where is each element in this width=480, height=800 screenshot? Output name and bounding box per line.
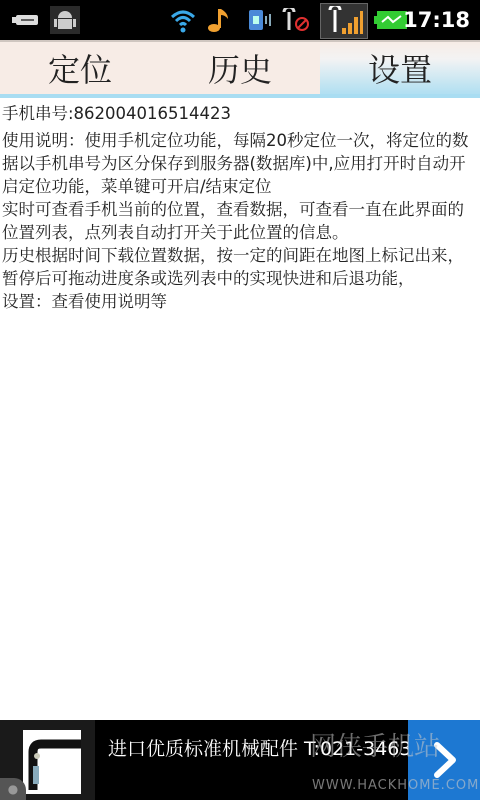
tab-settings[interactable]: 设置 [320,42,480,98]
signal-icon [320,3,368,39]
ad-text[interactable]: 进口优质标准机械配件 T:021-3463! [108,734,408,761]
ad-product-image [23,730,81,794]
android-debug-icon [50,6,80,34]
clock: 17:18 [403,6,470,34]
phone-serial: 手机串号:862004016514423 [2,102,478,125]
ad-banner[interactable]: ● 进口优质标准机械配件 T:021-3463! [0,720,480,800]
history-description: 历史根据时间下载位置数据，按一定的间距在地图上标记出来，暂停后可拖动进度条或选列… [2,244,478,290]
settings-content: 手机串号:862004016514423 使用说明：使用手机定位功能，每隔20秒… [2,102,478,313]
status-bar: 17:18 [0,0,480,40]
realtime-description: 实时可查看手机当前的位置，查看数据，可查看一直在此界面的位置列表，点列表自动打开… [2,198,478,244]
ad-open-button[interactable] [408,720,480,800]
tab-bar: 定位 历史 设置 [0,40,480,98]
ad-thumbnail-area: ● [0,720,95,800]
tab-divider [0,94,480,98]
paw-icon: ● [0,778,26,800]
settings-description: 设置：查看使用说明等 [2,290,478,313]
tab-history[interactable]: 历史 [160,42,320,98]
usage-instructions: 使用说明：使用手机定位功能，每隔20秒定位一次，将定位的数据以手机串号为区分保存… [2,129,478,198]
music-icon [204,6,232,34]
chevron-right-icon [429,740,459,780]
no-sim-icon [280,6,310,34]
usb-icon [12,6,40,34]
sync-icon [246,6,274,34]
wifi-icon [168,6,198,34]
tab-location[interactable]: 定位 [0,42,160,98]
